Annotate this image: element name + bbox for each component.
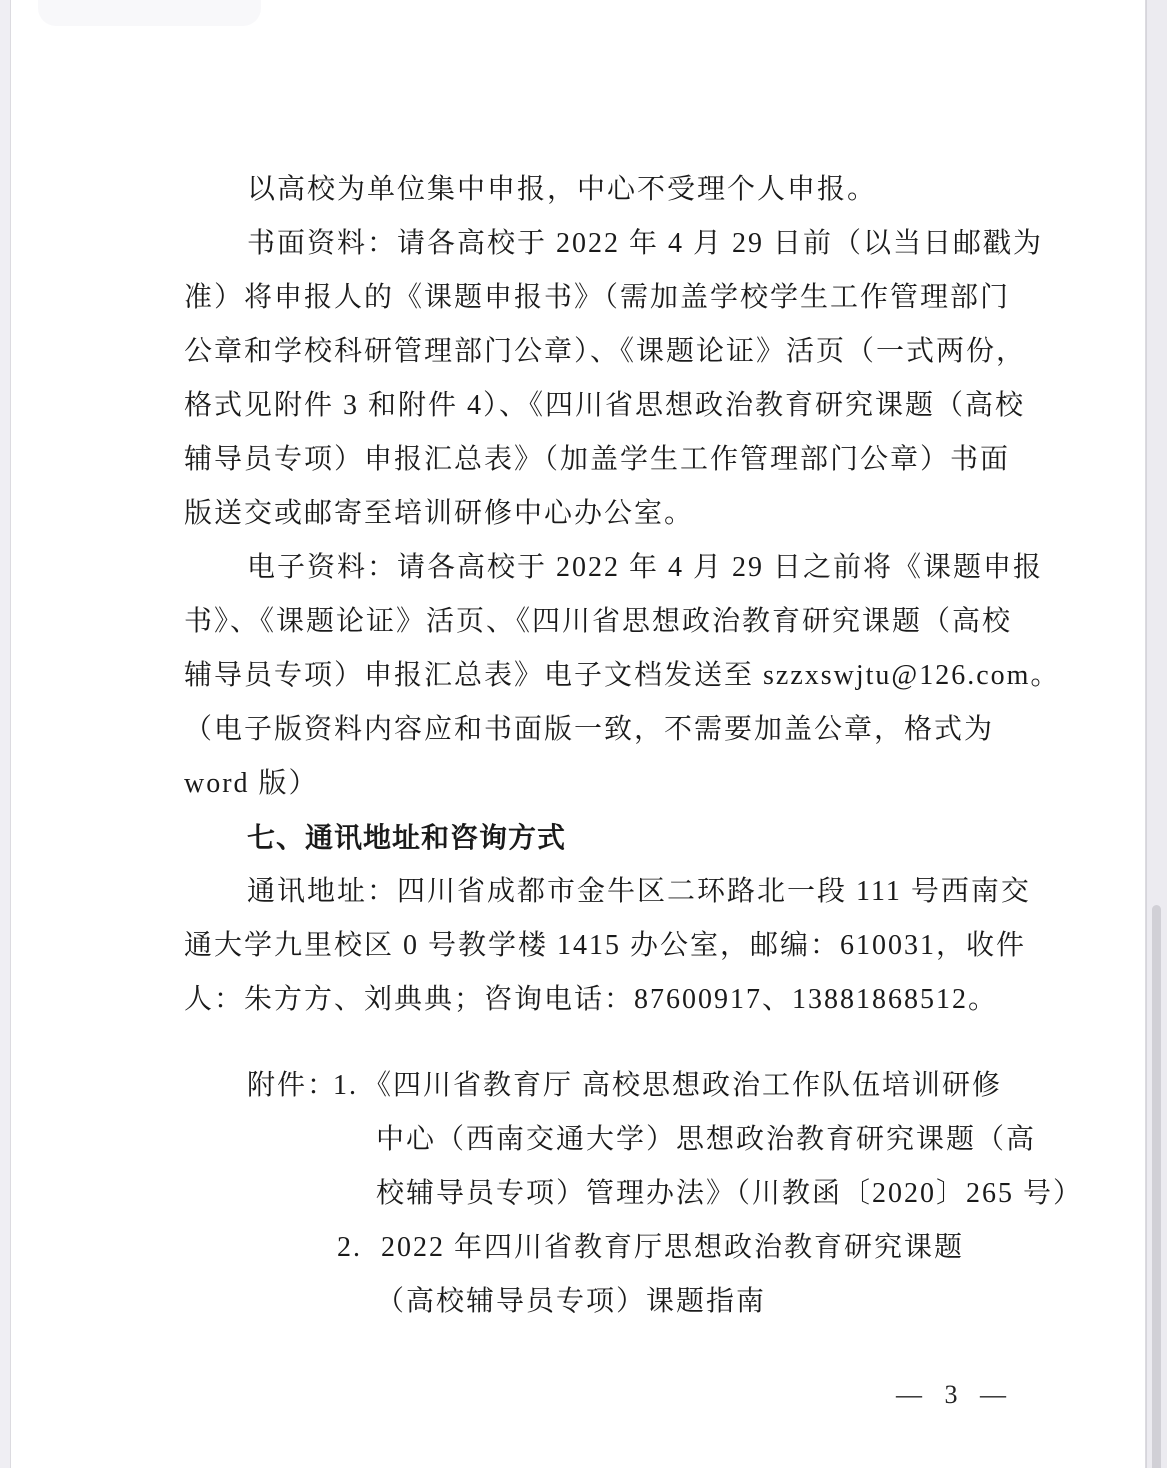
attachment-1-line: 校辅导员专项）管理办法》（川教函〔2020〕265 号） — [376, 1176, 1083, 1212]
top-toolbar-pill[interactable] — [38, 0, 261, 26]
attachment-1-number: 1. — [333, 1068, 358, 1104]
attachment-2-line: （高校辅导员专项）课题指南 — [376, 1284, 766, 1320]
attachments-label: 附件： — [247, 1068, 337, 1104]
scrollbar-thumb[interactable] — [1152, 905, 1161, 1468]
paragraph-intro: 以高校为单位集中申报，中心不受理个人申报。 — [247, 172, 877, 208]
attachment-2-line: 2022 年四川省教育厅思想政治教育研究课题 — [381, 1230, 964, 1266]
attachment-1-line: 《四川省教育厅 高校思想政治工作队伍培训研修 — [363, 1068, 1002, 1104]
page-number: — 3 — — [896, 1380, 1014, 1410]
attachment-2-number: 2. — [337, 1230, 362, 1266]
attachment-1-line: 中心（西南交通大学）思想政治教育研究课题（高 — [376, 1122, 1036, 1158]
document-page: 以高校为单位集中申报，中心不受理个人申报。 书面资料：请各高校于 2022 年 … — [11, 0, 1145, 1468]
email-line: 辅导员专项）申报汇总表》电子文档发送至 szzxswjtu@126.com。 — [184, 658, 1060, 694]
section-heading-contact: 七、通讯地址和咨询方式 — [247, 820, 566, 856]
